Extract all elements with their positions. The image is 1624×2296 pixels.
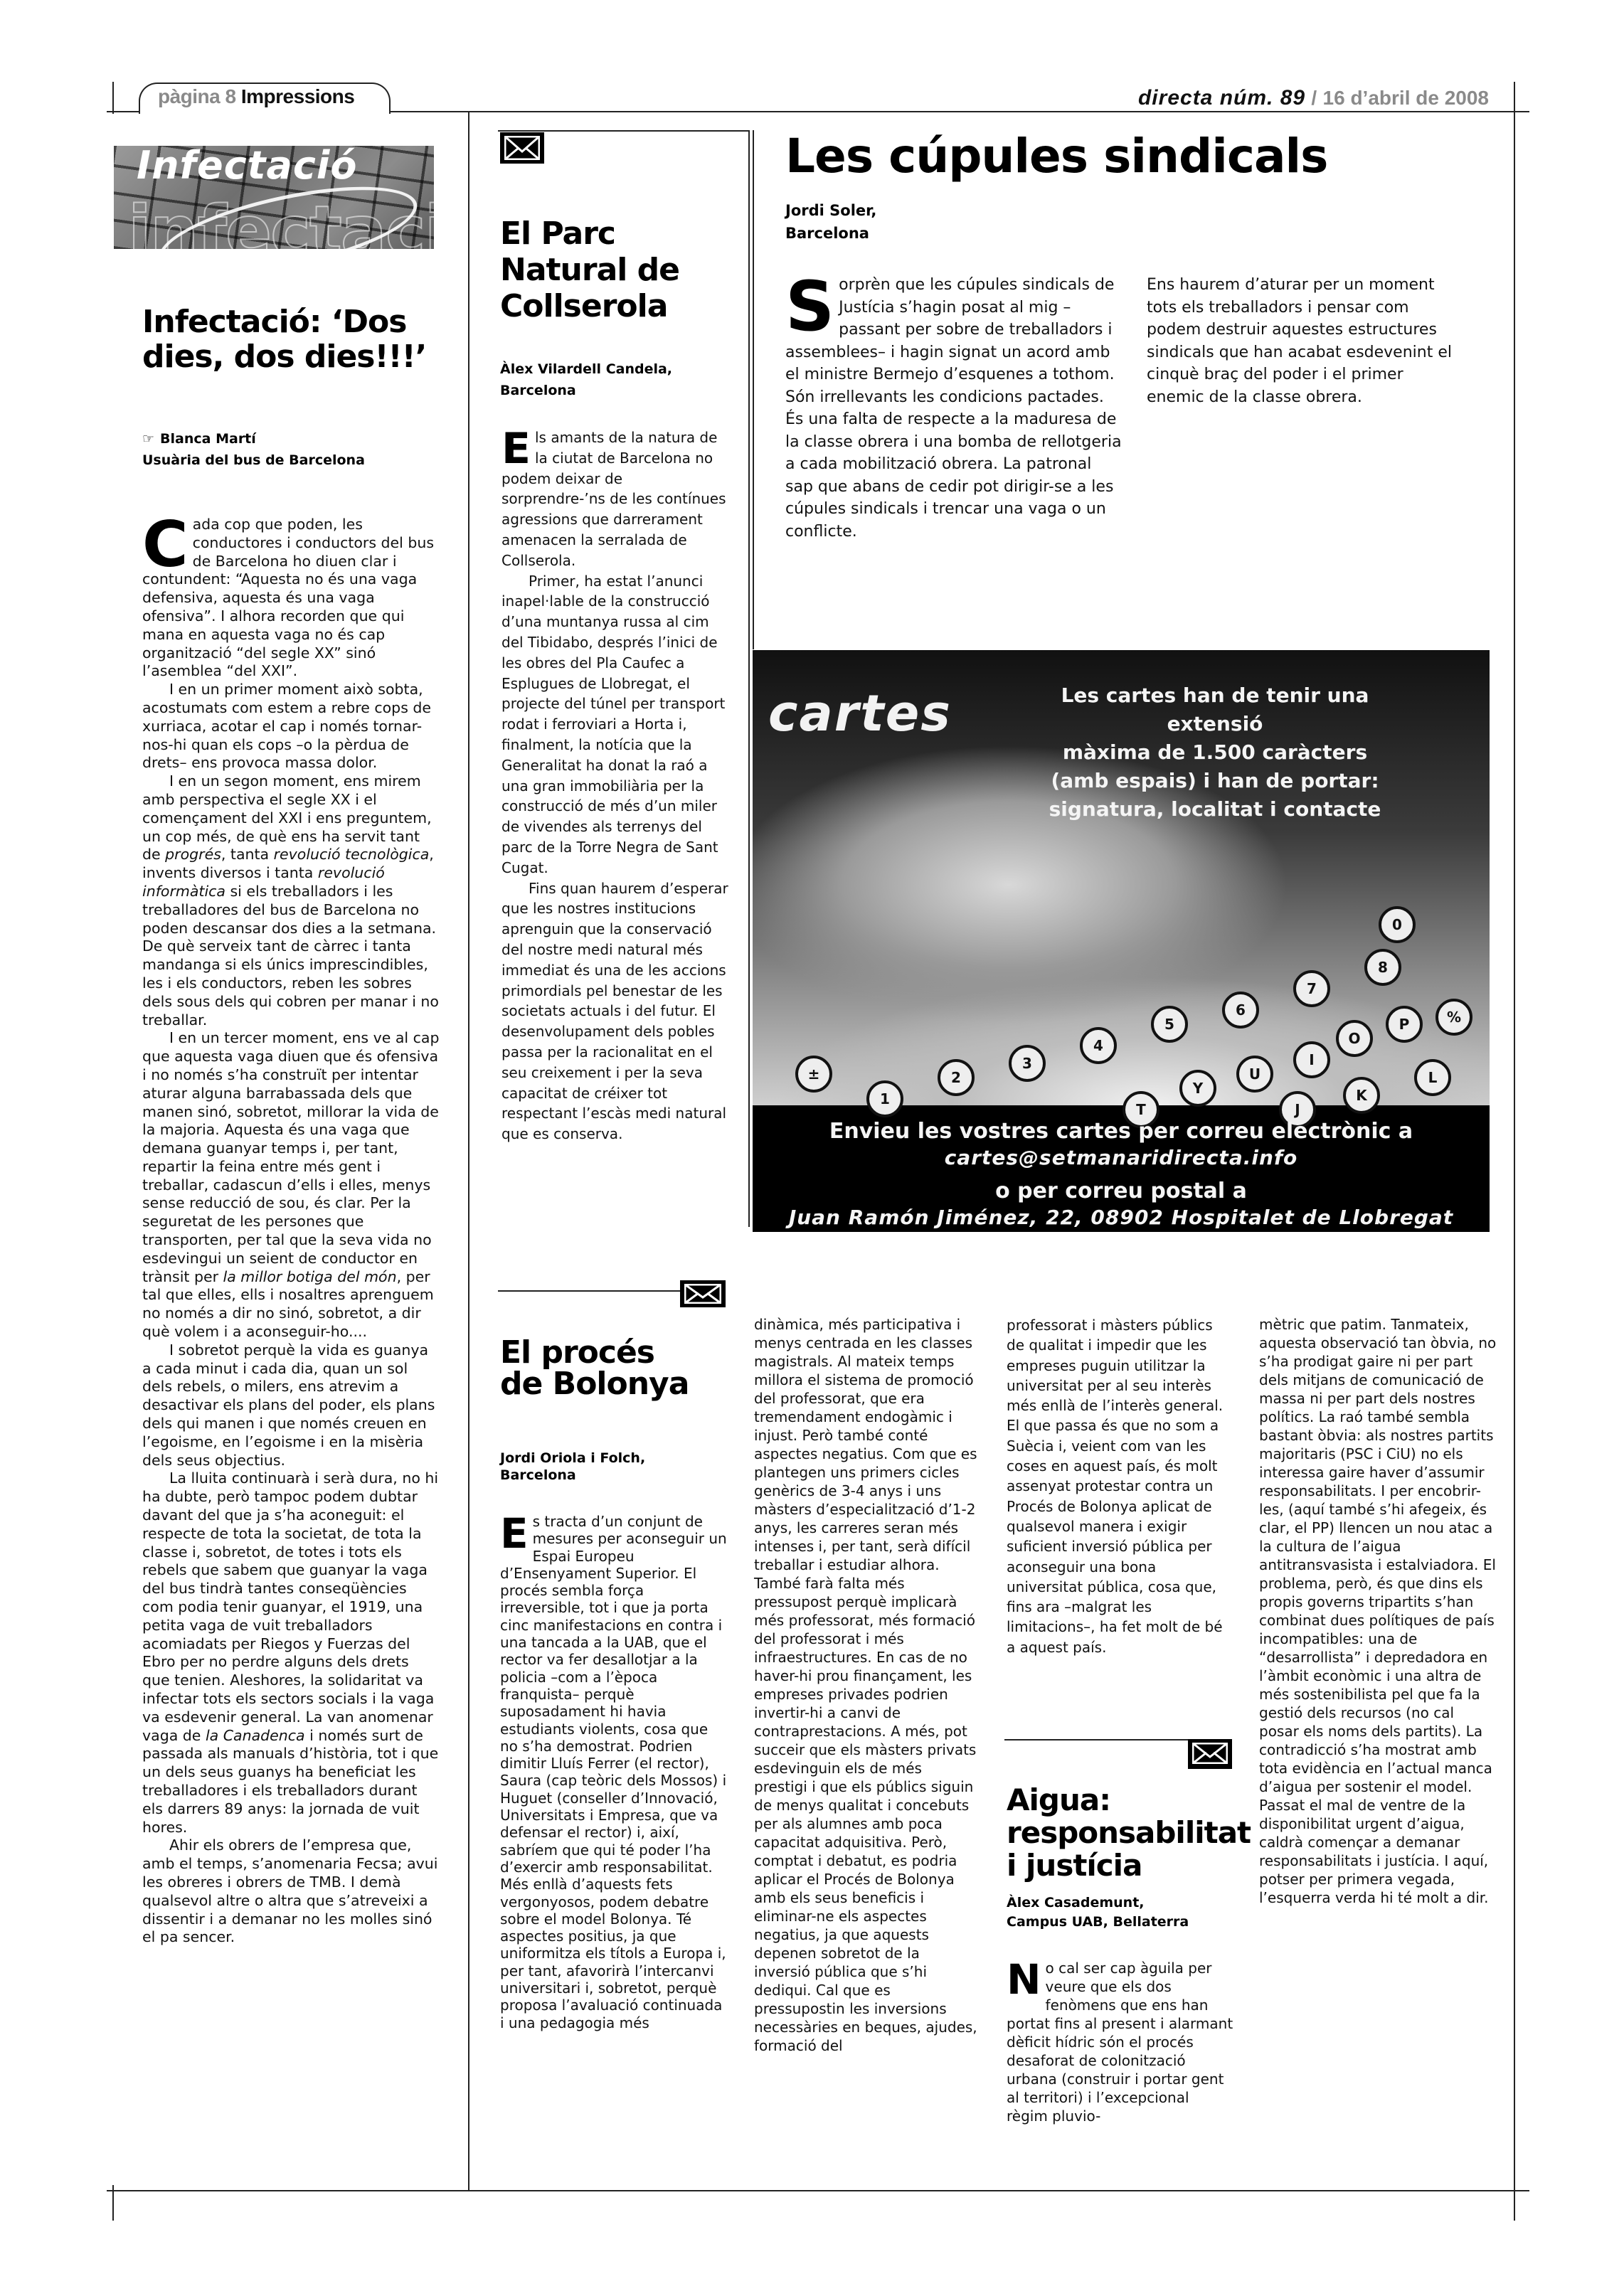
typewriter-key: L bbox=[1414, 1059, 1451, 1096]
section-name: Impressions bbox=[241, 85, 354, 107]
masthead: directa núm. 89 / 16 d’abril de 2008 bbox=[1138, 86, 1489, 110]
typewriter-key: U bbox=[1236, 1056, 1273, 1093]
envelope-icon bbox=[1188, 1739, 1232, 1769]
email-link[interactable]: cartes@setmanaridirecta.info bbox=[753, 1145, 1490, 1171]
cupules-byline: Jordi Soler, Barcelona bbox=[785, 199, 1070, 245]
typewriter-key: 6 bbox=[1222, 992, 1259, 1029]
cartes-contact: Envieu les vostres cartes per correu ele… bbox=[753, 1111, 1490, 1231]
bolonya-body-col1: E s tracta d’un conjunt de mesures per a… bbox=[500, 1513, 728, 2031]
infectacio-byline: ☞Blanca Martí Usuària del bus de Barcelo… bbox=[142, 428, 441, 471]
envelope-icon bbox=[680, 1280, 726, 1307]
collserola-byline: Àlex Vilardell Candela, Barcelona bbox=[500, 358, 742, 401]
dropcap: E bbox=[500, 1517, 529, 1550]
typewriter-key: 3 bbox=[1009, 1045, 1046, 1082]
typewriter-key: K bbox=[1343, 1077, 1380, 1114]
typewriter-key: 7 bbox=[1293, 970, 1330, 1007]
cupules-headline: Les cúpules sindicals bbox=[785, 130, 1426, 183]
typewriter-key: 8 bbox=[1364, 949, 1401, 986]
typewriter-key: Y bbox=[1179, 1070, 1216, 1107]
typewriter-key: ± bbox=[795, 1056, 832, 1093]
bolonya-headline: El procés de Bolonya bbox=[500, 1337, 735, 1400]
author-name: Àlex Vilardell Candela, bbox=[500, 361, 672, 377]
paragraph: La lluita continuarà i serà dura, no hi … bbox=[142, 1469, 440, 1837]
banner-title: Infectació bbox=[137, 146, 358, 188]
aigua-body-col2: mètric que patim. Tanmateix, aquesta obs… bbox=[1259, 1315, 1498, 1907]
separator: / bbox=[1311, 87, 1317, 109]
bolonya-byline: Jordi Oriola i Folch, Barcelona bbox=[500, 1450, 735, 1484]
aigua-byline: Àlex Casademunt, Campus UAB, Bellaterra bbox=[1007, 1893, 1241, 1932]
typewriter-key: 5 bbox=[1151, 1006, 1188, 1043]
left-margin-rule-bottom bbox=[112, 2185, 114, 2221]
author-location: Campus UAB, Bellaterra bbox=[1007, 1914, 1189, 1930]
author-name: Àlex Casademunt, bbox=[1007, 1895, 1145, 1910]
typewriter-key: P bbox=[1386, 1006, 1423, 1043]
typewriter-key: I bbox=[1293, 1041, 1330, 1078]
left-margin-rule-top bbox=[112, 82, 114, 114]
cartes-rules: Les cartes han de tenir una extensió màx… bbox=[1016, 681, 1414, 824]
page-number: pàgina 8 bbox=[158, 85, 236, 107]
dropcap: C bbox=[142, 520, 189, 570]
paragraph: ls amants de la natura de la ciutat de B… bbox=[501, 429, 726, 569]
aigua-body-col1: N o cal ser cap àguila per veure que els… bbox=[1007, 1959, 1234, 2125]
author-role: Usuària del bus de Barcelona bbox=[142, 452, 365, 468]
cartes-title: cartes bbox=[768, 684, 952, 743]
infectacio-banner: infectació Infectació bbox=[114, 146, 434, 249]
envelope-icon bbox=[500, 132, 544, 164]
author-location: Barcelona bbox=[785, 225, 869, 242]
typewriter-key: 4 bbox=[1080, 1027, 1117, 1064]
infectacio-headline: Infectació: ‘Dos dies, dos dies!!!’ bbox=[142, 304, 441, 375]
right-margin-rule-bottom bbox=[1514, 2185, 1515, 2221]
paragraph: Ahir els obrers de l’empresa que, amb el… bbox=[142, 1837, 440, 1947]
author-name: Blanca Martí bbox=[160, 431, 256, 447]
footer-rule bbox=[107, 2190, 1529, 2191]
postal-label: o per correu postal a bbox=[753, 1178, 1490, 1205]
aigua-rule bbox=[1004, 1739, 1189, 1740]
cupules-body-col1: S orprèn que les cúpules sindicals de Ju… bbox=[785, 274, 1124, 543]
collserola-paragraphs: ls amants de la natura de la ciutat de B… bbox=[501, 427, 729, 1144]
typewriter-key: O bbox=[1336, 1020, 1373, 1057]
dropcap: N bbox=[1007, 1963, 1041, 1996]
collserola-headline: El Parc Natural de Collserola bbox=[500, 216, 735, 324]
postal-address: Juan Ramón Jiménez, 22, 08902 Hospitalet… bbox=[753, 1205, 1490, 1231]
typewriter-key: 2 bbox=[938, 1059, 975, 1096]
bolonya-body-col2: dinàmica, més participativa i menys cent… bbox=[754, 1315, 979, 2055]
author-location: Barcelona bbox=[500, 383, 576, 398]
paragraph: Primer, ha estat l’anunci inapel·lable d… bbox=[501, 571, 729, 878]
right-margin-rule-top bbox=[1514, 82, 1515, 114]
bolonya-rule bbox=[498, 1290, 680, 1292]
email-label: Envieu les vostres cartes per correu ele… bbox=[753, 1118, 1490, 1145]
cartes-info-box: ±123456780TYUIOP%JKL cartes Les cartes h… bbox=[753, 650, 1490, 1232]
cupules-body-col2: Ens haurem d’aturar per un moment tots e… bbox=[1147, 274, 1460, 408]
right-page-rule bbox=[1514, 111, 1515, 2190]
issue-number: directa núm. 89 bbox=[1138, 86, 1305, 110]
dropcap: E bbox=[501, 432, 531, 466]
paragraph: Fins quan haurem d’esperar que les nostr… bbox=[501, 878, 729, 1144]
paragraph: I en un primer moment això sobta, acostu… bbox=[142, 681, 440, 772]
infectacio-body: C ada cop que poden, les conductores i c… bbox=[142, 516, 440, 1947]
author-location: Barcelona bbox=[500, 1467, 576, 1483]
author-name: Jordi Soler, bbox=[785, 202, 876, 219]
bolonya-body-col3: professorat i màsters públics de qualita… bbox=[1007, 1315, 1233, 1657]
cupules-left-rule bbox=[753, 130, 754, 649]
column-divider-1 bbox=[468, 111, 469, 2190]
typewriter-keys: ±123456780TYUIOP%JKL bbox=[753, 963, 1490, 1105]
aigua-headline: Aigua: responsabilitat i justícia bbox=[1007, 1784, 1234, 1882]
collserola-body: E ls amants de la natura de la ciutat de… bbox=[501, 427, 729, 1144]
paragraph: I sobretot perquè la vida es guanya a ca… bbox=[142, 1341, 440, 1470]
typewriter-key: % bbox=[1435, 999, 1472, 1036]
paragraph: I en un tercer moment, ens ve al cap que… bbox=[142, 1029, 440, 1341]
infectacio-paragraphs: ada cop que poden, les conductores i con… bbox=[142, 516, 440, 1947]
page-folio: pàgina 8 Impressions bbox=[158, 85, 354, 108]
pointing-hand-icon: ☞ bbox=[142, 431, 154, 447]
issue-date: 16 d’abril de 2008 bbox=[1323, 87, 1489, 109]
author-name: Jordi Oriola i Folch, bbox=[500, 1450, 645, 1466]
dropcap: S bbox=[785, 280, 834, 334]
paragraph: I en un segon moment, ens mirem amb pers… bbox=[142, 772, 440, 1029]
typewriter-key: 0 bbox=[1379, 906, 1416, 943]
